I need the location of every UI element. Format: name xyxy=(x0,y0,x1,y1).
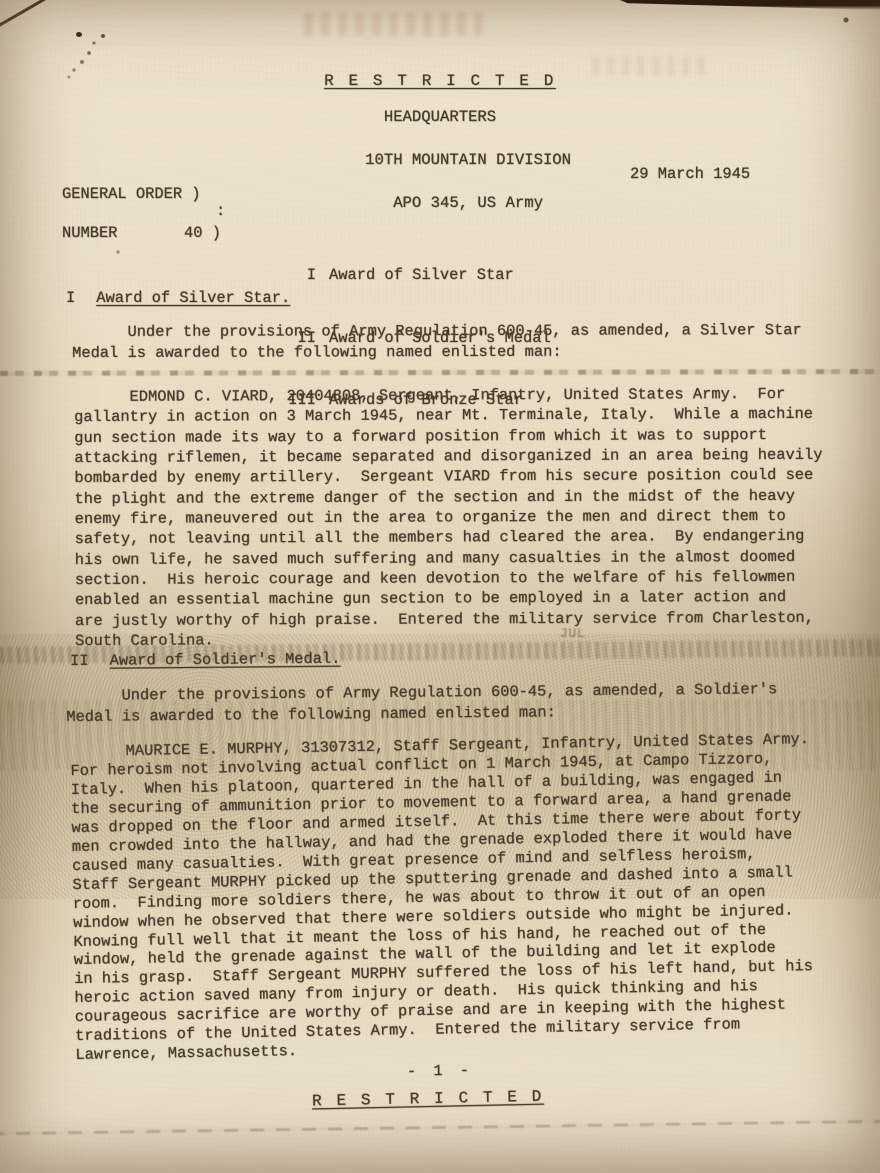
classification-banner: R E S T R I C T E D xyxy=(0,72,880,90)
staple-mark-dot xyxy=(76,32,82,37)
bleed-through-mark xyxy=(304,12,484,36)
fold-crease-line-bottom xyxy=(0,1120,880,1136)
document-page: R E S T R I C T E D HEADQUARTERS 10TH MO… xyxy=(0,0,880,1173)
order-date: 29 March 1945 xyxy=(630,165,750,183)
faint-stamp-mark: JUL xyxy=(560,627,586,641)
section-title: Award of Soldier's Medal. xyxy=(109,650,340,670)
document-photo: R E S T R I C T E D HEADQUARTERS 10TH MO… xyxy=(0,0,880,1173)
section-heading-soldiers-medal: IIAward of Soldier's Medal. xyxy=(70,650,341,688)
subject-title: Award of Silver Star xyxy=(329,265,514,286)
org-division: 10TH MOUNTAIN DIVISION xyxy=(365,151,571,169)
classification-footer: R E S T R I C T E D xyxy=(0,1081,868,1117)
order-colon: : xyxy=(216,202,225,220)
citation-murphy: MAURICE E. MURPHY, 31307312, Staff Serge… xyxy=(70,729,862,1065)
section-intro-soldiers-medal: Under the provisions of Army Regulation … xyxy=(66,679,846,728)
section-numeral: II xyxy=(70,652,89,670)
section-heading-silver-star: IAward of Silver Star. xyxy=(66,289,290,325)
section-intro-silver-star: Under the provisions of Army Regulation … xyxy=(72,320,852,363)
org-apo: APO 345, US Army xyxy=(393,194,543,212)
org-name: HEADQUARTERS xyxy=(384,108,496,126)
order-number-row: NUMBER40 ) xyxy=(62,224,117,260)
general-order-label: GENERAL ORDER ) xyxy=(62,185,201,203)
order-number-value: 40 ) xyxy=(184,224,221,242)
citation-viard: EDMOND C. VIARD, 20404808, Sergeant, Inf… xyxy=(74,384,857,652)
section-numeral: I xyxy=(66,289,75,307)
subject-item: I Award of Silver Star xyxy=(286,265,551,286)
subject-numeral: I xyxy=(286,265,316,286)
section-title: Award of Silver Star. xyxy=(96,289,290,307)
order-number-label: NUMBER xyxy=(62,224,117,242)
staple-mark xyxy=(0,0,78,31)
paper-edge-shadow xyxy=(620,0,880,10)
